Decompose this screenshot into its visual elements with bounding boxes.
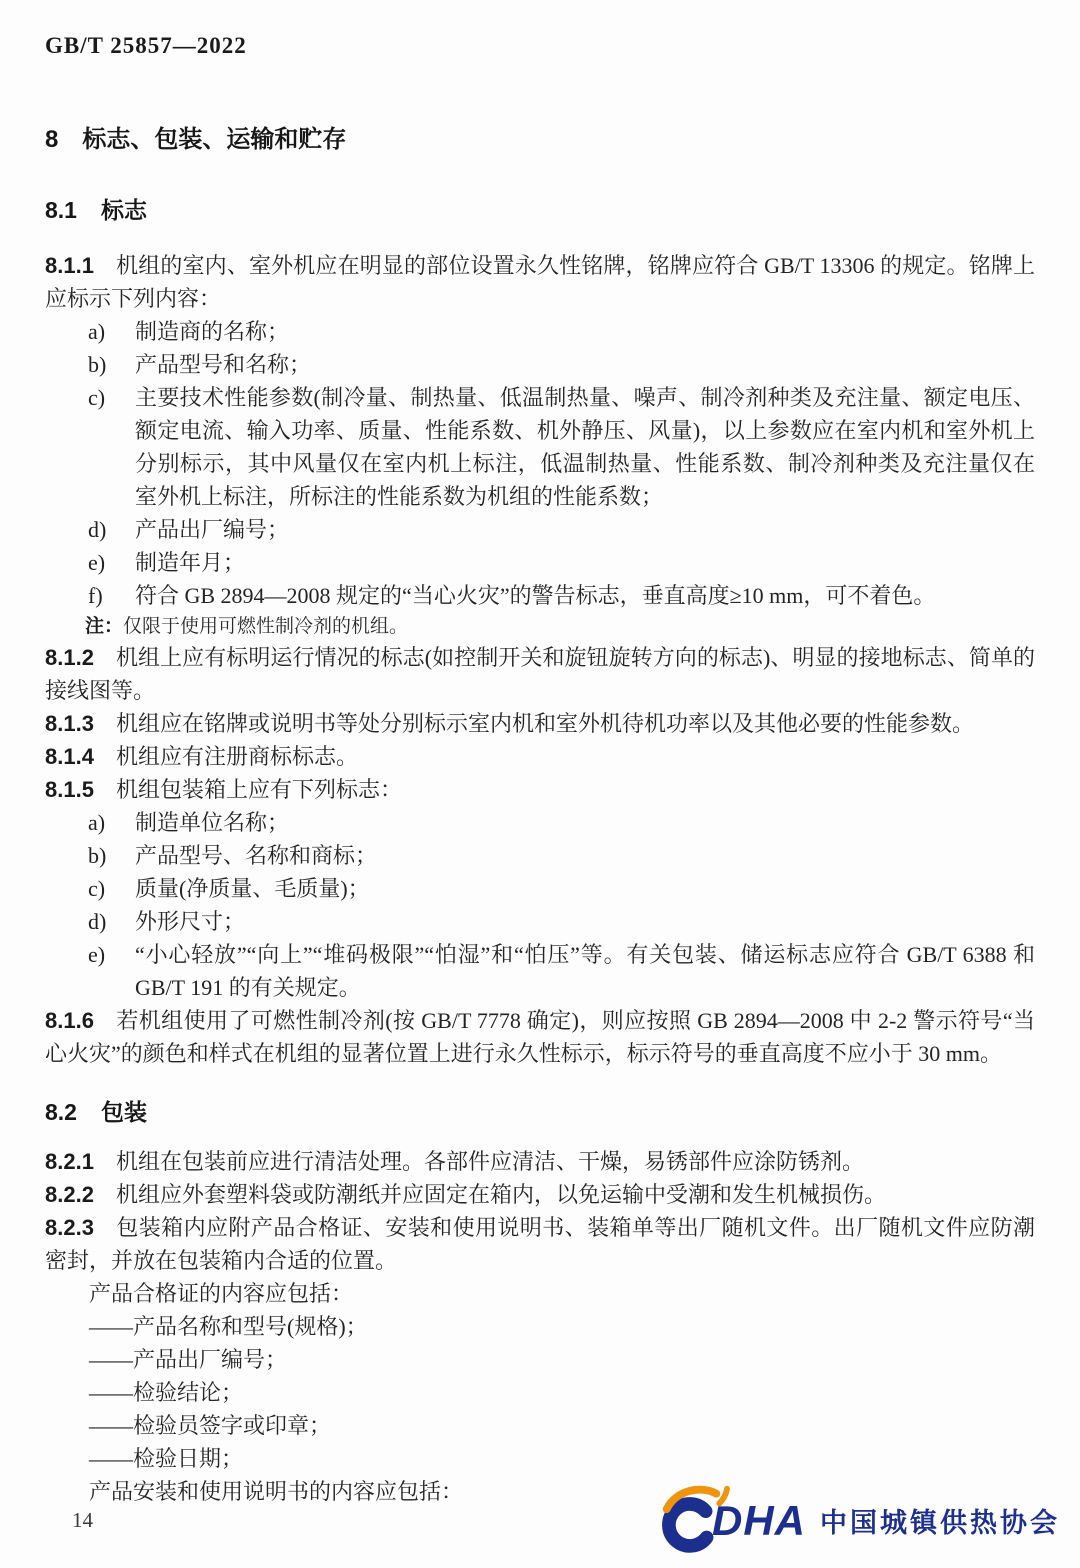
clause-8-2-3: 8.2.3包装箱内应附产品合格证、安装和使用说明书、装箱单等出厂随机文件。出厂随…	[45, 1211, 1035, 1277]
clause-text: 机组包装箱上应有下列标志：	[116, 777, 402, 802]
clause-number: 8.2.1	[45, 1149, 94, 1174]
clause-text: 机组应外套塑料袋或防潮纸并应固定在箱内，以免运输中受潮和发生机械损伤。	[116, 1182, 886, 1207]
list-item-label: c)	[88, 381, 135, 513]
clause-number: 8.1.3	[45, 711, 94, 736]
clause-text: 机组上应有标明运行情况的标志(如控制开关和旋钮旋转方向的标志)、明显的接地标志、…	[45, 645, 1035, 703]
list-item-a: a) 制造单位名称；	[45, 806, 1035, 839]
clause-number: 8.2.2	[45, 1182, 94, 1207]
note-text: 仅限于使用可燃性制冷剂的机组。	[123, 616, 408, 637]
clause-8-1-1: 8.1.1机组的室内、室外机应在明显的部位设置永久性铭牌，铭牌应符合 GB/T …	[45, 249, 1035, 315]
standard-number-header: GB/T 25857—2022	[45, 33, 1035, 59]
list-item-a: a) 制造商的名称；	[45, 315, 1035, 348]
clause-text: 若机组使用了可燃性制冷剂(按 GB/T 7778 确定)，则应按照 GB 289…	[45, 1008, 1035, 1066]
list-item-label: f)	[88, 579, 135, 612]
list-item-text: 产品出厂编号；	[135, 513, 1035, 546]
dash-item-inspector-signature: ——检验员签字或印章；	[89, 1409, 1035, 1442]
cdha-logo-acronym: DHA	[712, 1497, 806, 1545]
list-item-label: d)	[88, 513, 135, 546]
clause-8-1-2: 8.1.2机组上应有标明运行情况的标志(如控制开关和旋钮旋转方向的标志)、明显的…	[45, 641, 1035, 707]
clause-text: 机组应在铭牌或说明书等处分别标示室内机和室外机待机功率以及其他必要的性能参数。	[116, 711, 974, 736]
list-item-f: f) 符合 GB 2894—2008 规定的“当心火灾”的警告标志，垂直高度≥1…	[45, 579, 1035, 612]
clause-number: 8.1.1	[45, 253, 94, 278]
clause-8-1-5: 8.1.5机组包装箱上应有下列标志：	[45, 773, 1035, 806]
section-8-2-heading: 8.2包装	[45, 1094, 1035, 1127]
clause-8-1-3: 8.1.3机组应在铭牌或说明书等处分别标示室内机和室外机待机功率以及其他必要的性…	[45, 707, 1035, 740]
list-item-e: e) “小心轻放”“向上”“堆码极限”“怕湿”和“怕压”等。有关包装、储运标志应…	[45, 938, 1035, 1004]
list-item-b: b) 产品型号和名称；	[45, 348, 1035, 381]
list-item-label: b)	[88, 348, 135, 381]
document-page: GB/T 25857—2022 8标志、包装、运输和贮存 8.1标志 8.1.1…	[0, 0, 1080, 1568]
clause-8-2-1: 8.2.1机组在包装前应进行清洁处理。各部件应清洁、干燥，易锈部件应涂防锈剂。	[45, 1145, 1035, 1178]
list-item-text: 制造单位名称；	[135, 806, 1035, 839]
cdha-logo: DHA 中国城镇供热协会	[654, 1480, 1060, 1556]
dash-item-product-name: ——产品名称和型号(规格)；	[89, 1310, 1035, 1343]
clause-text: 机组应有注册商标标志。	[116, 744, 358, 769]
clause-text: 机组在包装前应进行清洁处理。各部件应清洁、干燥，易锈部件应涂防锈剂。	[116, 1149, 864, 1174]
certificate-intro: 产品合格证的内容应包括：	[89, 1277, 1035, 1310]
list-item-text: 主要技术性能参数(制冷量、制热量、低温制热量、噪声、制冷剂种类及充注量、额定电压…	[135, 381, 1035, 513]
list-item-label: a)	[88, 806, 135, 839]
list-item-text: 产品型号、名称和商标；	[135, 839, 1035, 872]
clause-8-2-2: 8.2.2机组应外套塑料袋或防潮纸并应固定在箱内，以免运输中受潮和发生机械损伤。	[45, 1178, 1035, 1211]
note: 注：仅限于使用可燃性制冷剂的机组。	[85, 612, 1035, 641]
clause-8-1-4: 8.1.4机组应有注册商标标志。	[45, 740, 1035, 773]
list-item-label: e)	[88, 938, 135, 1004]
list-item-text: 制造商的名称；	[135, 315, 1035, 348]
section-number: 8.2	[45, 1099, 77, 1125]
page-content: GB/T 25857—2022 8标志、包装、运输和贮存 8.1标志 8.1.1…	[0, 0, 1080, 1508]
list-item-d: d) 外形尺寸；	[45, 905, 1035, 938]
section-title: 标志	[101, 197, 147, 223]
clause-number: 8.1.6	[45, 1008, 94, 1033]
section-number: 8.1	[45, 197, 77, 223]
list-item-text: 符合 GB 2894—2008 规定的“当心火灾”的警告标志，垂直高度≥10 m…	[135, 579, 1035, 612]
list-item-text: 质量(净质量、毛质量)；	[135, 872, 1035, 905]
section-8-1-heading: 8.1标志	[45, 192, 1035, 225]
clause-number: 8.2.3	[45, 1215, 94, 1240]
clause-number: 8.1.5	[45, 777, 94, 802]
list-item-label: c)	[88, 872, 135, 905]
list-item-d: d) 产品出厂编号；	[45, 513, 1035, 546]
list-item-label: a)	[88, 315, 135, 348]
dash-item-inspection-date: ——检验日期；	[89, 1442, 1035, 1475]
section-8-heading: 8标志、包装、运输和贮存	[45, 119, 1035, 154]
list-item-c: c) 主要技术性能参数(制冷量、制热量、低温制热量、噪声、制冷剂种类及充注量、额…	[45, 381, 1035, 513]
list-item-text: 产品型号和名称；	[135, 348, 1035, 381]
list-item-c: c) 质量(净质量、毛质量)；	[45, 872, 1035, 905]
list-item-label: d)	[88, 905, 135, 938]
dash-item-inspection-result: ——检验结论；	[89, 1376, 1035, 1409]
list-item-text: 外形尺寸；	[135, 905, 1035, 938]
clause-number: 8.1.4	[45, 744, 94, 769]
clause-8-1-6: 8.1.6若机组使用了可燃性制冷剂(按 GB/T 7778 确定)，则应按照 G…	[45, 1004, 1035, 1070]
section-title: 包装	[101, 1099, 147, 1125]
list-item-e: e) 制造年月；	[45, 546, 1035, 579]
page-number: 14	[72, 1508, 93, 1533]
list-item-label: e)	[88, 546, 135, 579]
dash-item-serial-number: ——产品出厂编号；	[89, 1343, 1035, 1376]
section-number: 8	[45, 126, 58, 153]
cdha-logo-name: 中国城镇供热协会	[820, 1501, 1060, 1540]
clause-text: 包装箱内应附产品合格证、安装和使用说明书、装箱单等出厂随机文件。出厂随机文件应防…	[45, 1215, 1035, 1273]
clause-number: 8.1.2	[45, 645, 94, 670]
section-title: 标志、包装、运输和贮存	[82, 126, 346, 153]
clause-text: 机组的室内、室外机应在明显的部位设置永久性铭牌，铭牌应符合 GB/T 13306…	[45, 253, 1035, 311]
list-item-text: “小心轻放”“向上”“堆码极限”“怕湿”和“怕压”等。有关包装、储运标志应符合 …	[135, 938, 1035, 1004]
list-item-text: 制造年月；	[135, 546, 1035, 579]
list-item-b: b) 产品型号、名称和商标；	[45, 839, 1035, 872]
note-label: 注：	[85, 616, 123, 637]
list-item-label: b)	[88, 839, 135, 872]
